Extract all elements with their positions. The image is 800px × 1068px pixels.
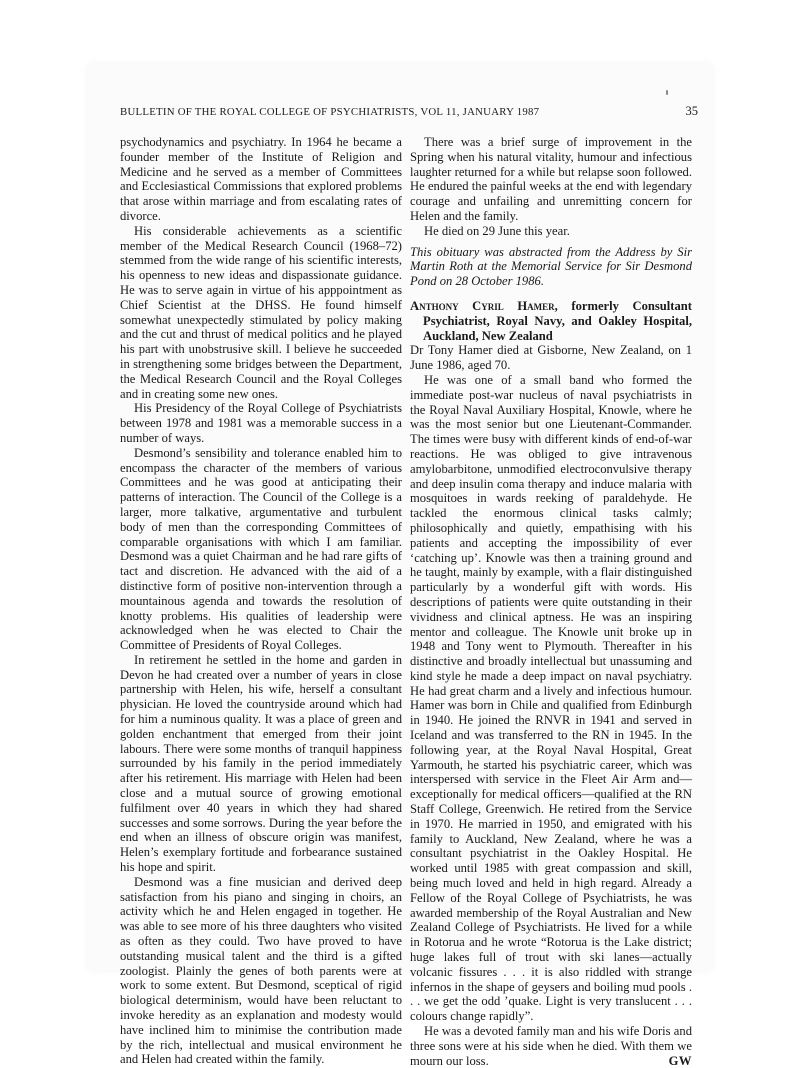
obituary-section-heading: Anthony Cyril Hamer, formerly Consultant… [410,299,692,343]
scan-page: BULLETIN OF THE ROYAL COLLEGE OF PSYCHIA… [88,64,712,970]
page-number: 35 [686,104,699,119]
closing-paragraph-text: He was a devoted family man and his wife… [410,1024,692,1036]
body-paragraph: His Presidency of the Royal College of P… [120,401,402,445]
journal-header: BULLETIN OF THE ROYAL COLLEGE OF PSYCHIA… [120,104,698,119]
body-paragraph: There was a brief surge of improvement i… [410,135,692,224]
body-paragraph: He was one of a small band who formed th… [410,373,692,1024]
obituary-subject-name: Anthony Cyril Hamer [410,299,555,313]
journal-title: BULLETIN OF THE ROYAL COLLEGE OF PSYCHIA… [120,106,539,118]
scan-artifact [666,90,668,95]
right-column: There was a brief surge of improvement i… [410,135,692,1036]
obituary-attribution-note: This obituary was abstracted from the Ad… [410,245,692,289]
body-paragraph: In retirement he settled in the home and… [120,653,402,875]
left-column: psychodynamics and psychiatry. In 1964 h… [120,135,402,1036]
body-paragraph: Desmond was a fine musician and derived … [120,875,402,1036]
body-paragraph: Desmond’s sensibility and tolerance enab… [120,446,402,653]
body-paragraph: He died on 29 June this year. [410,224,692,239]
text-columns: psychodynamics and psychiatry. In 1964 h… [120,135,692,1036]
body-paragraph: psychodynamics and psychiatry. In 1964 h… [120,135,402,224]
body-paragraph: Dr Tony Hamer died at Gisborne, New Zeal… [410,343,692,373]
body-paragraph: He was a devoted family man and his wife… [410,1024,692,1036]
body-paragraph: His considerable achievements as a scien… [120,224,402,402]
